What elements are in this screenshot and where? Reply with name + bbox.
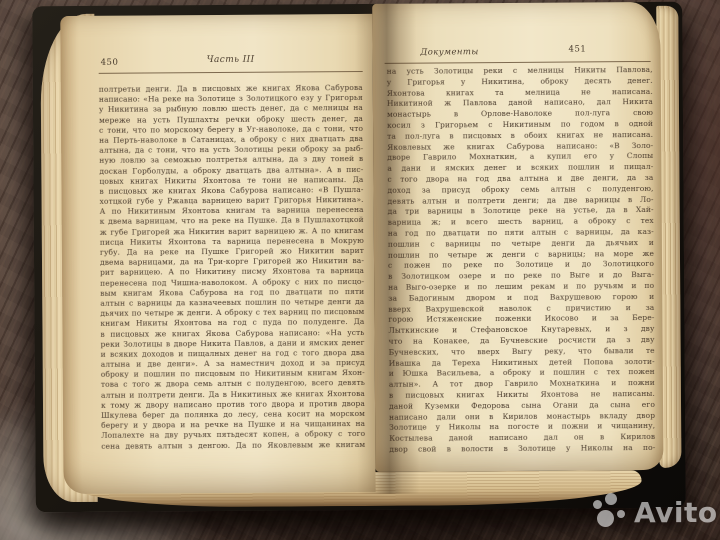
left-page-text: полтретьи денги. Да в писцовых же книгах…: [99, 83, 366, 452]
left-page: 450 Часть III полтретьи денги. Да в писц…: [60, 14, 375, 494]
book-photo-scene: 450 Часть III полтретьи денги. Да в писц…: [0, 0, 720, 540]
text-line: сена девять алтын з денгою. Да по Яковле…: [101, 440, 365, 452]
right-header-rule: [385, 61, 651, 64]
text-line: двор свой в волости в Золотице у Николы …: [389, 443, 655, 456]
avito-watermark-text: Avito: [634, 496, 718, 529]
avito-logo-icon: [590, 492, 630, 532]
avito-watermark: Avito: [590, 492, 718, 532]
left-running-head: Часть III: [99, 54, 363, 66]
open-book: 450 Часть III полтретьи денги. Да в писц…: [26, 0, 692, 520]
left-header-rule: [99, 71, 363, 74]
right-page-text: на усть Золотицы реки с мелницы Никиты П…: [387, 65, 656, 456]
right-page-number: 451: [569, 44, 587, 54]
book-gutter-shadow: [354, 4, 419, 494]
